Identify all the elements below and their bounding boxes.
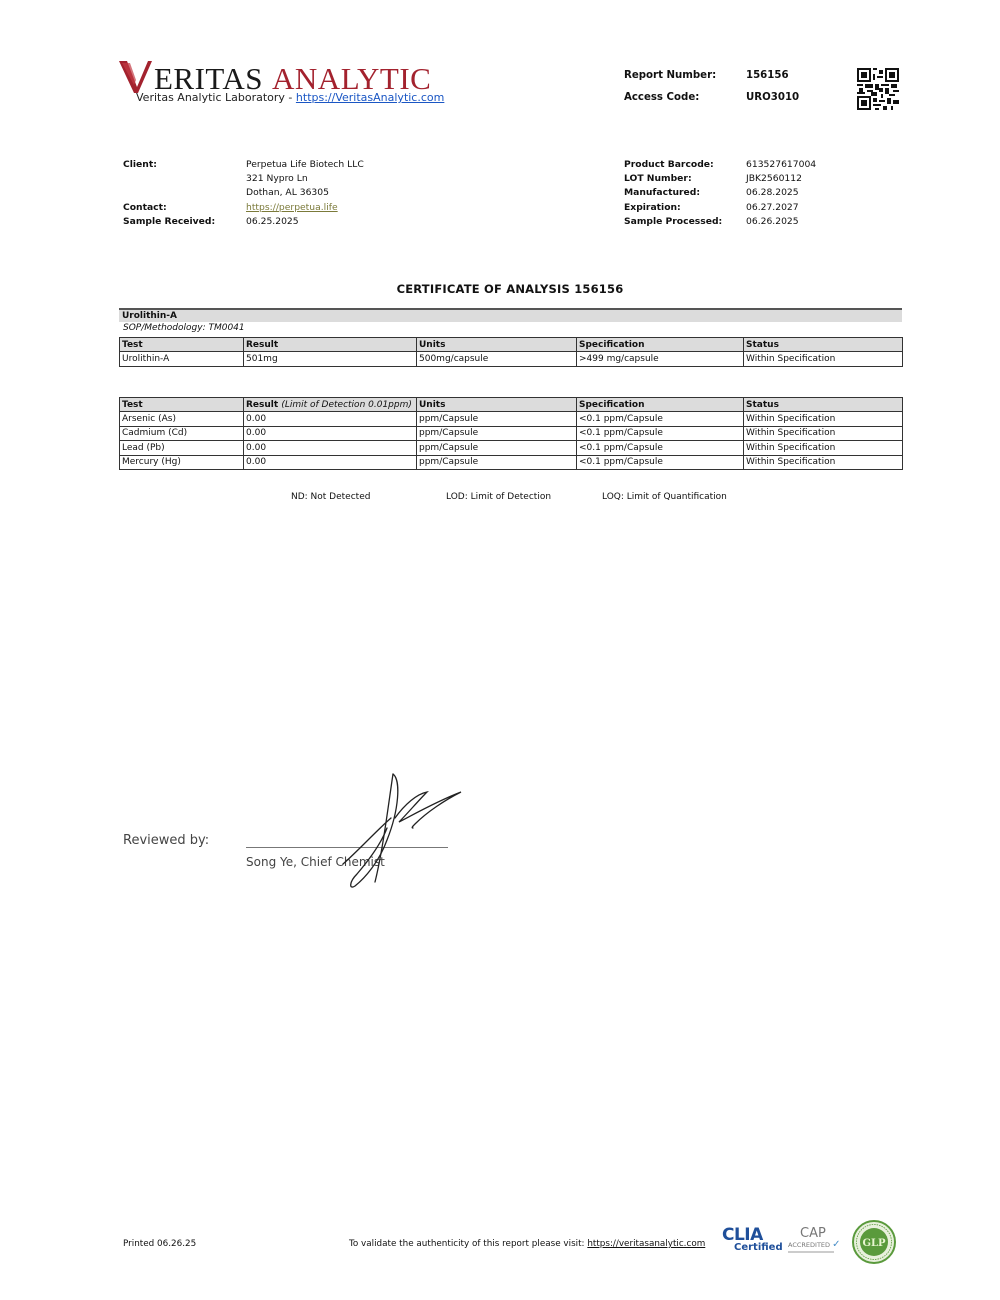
col-specification: Specification — [577, 398, 744, 412]
test-specification: <0.1 ppm/Capsule — [577, 426, 744, 440]
col-status: Status — [744, 338, 903, 352]
lot-number: JBK2560112 — [746, 173, 802, 184]
potency-table: Test Result Units Specification Status U… — [119, 337, 903, 367]
sample-received-label: Sample Received: — [123, 216, 215, 227]
validation-text: To validate the authenticity of this rep… — [349, 1239, 587, 1249]
sop-methodology: SOP/Methodology: TM0041 — [123, 323, 245, 333]
test-specification: <0.1 ppm/Capsule — [577, 412, 744, 426]
test-units: ppm/Capsule — [417, 412, 577, 426]
table-row: Lead (Pb) 0.00 ppm/Capsule <0.1 ppm/Caps… — [120, 441, 903, 455]
test-status: Within Specification — [744, 441, 903, 455]
metals-header-row: Test Result (Limit of Detection 0.01ppm)… — [120, 398, 903, 412]
logo-wordmark: ERITASANALYTIC — [154, 63, 431, 94]
col-units: Units — [417, 398, 577, 412]
test-result: 0.00 — [244, 455, 417, 469]
report-number-label: Report Number: — [624, 70, 716, 81]
col-specification: Specification — [577, 338, 744, 352]
test-units: ppm/Capsule — [417, 455, 577, 469]
col-status: Status — [744, 398, 903, 412]
test-specification: >499 mg/capsule — [577, 352, 744, 366]
test-result: 0.00 — [244, 426, 417, 440]
veritas-v-logo-icon — [118, 58, 154, 94]
test-name: Mercury (Hg) — [120, 455, 244, 469]
product-barcode: 613527617004 — [746, 159, 816, 170]
test-name: Lead (Pb) — [120, 441, 244, 455]
svg-text:GLP: GLP — [862, 1238, 886, 1249]
validation-notice: To validate the authenticity of this rep… — [349, 1239, 705, 1249]
lab-tagline: Veritas Analytic Laboratory - https://Ve… — [136, 91, 444, 104]
table-row: Mercury (Hg) 0.00 ppm/Capsule <0.1 ppm/C… — [120, 455, 903, 469]
lot-number-label: LOT Number: — [624, 173, 692, 184]
contact-link[interactable]: https://perpetua.life — [246, 202, 338, 213]
table-row: Cadmium (Cd) 0.00 ppm/Capsule <0.1 ppm/C… — [120, 426, 903, 440]
access-code-label: Access Code: — [624, 92, 699, 103]
manufactured-label: Manufactured: — [624, 187, 700, 198]
lab-website-link[interactable]: https://VeritasAnalytic.com — [296, 91, 444, 104]
test-specification: <0.1 ppm/Capsule — [577, 455, 744, 469]
product-barcode-label: Product Barcode: — [624, 159, 714, 170]
qr-code-icon[interactable] — [857, 68, 899, 110]
reviewed-by-label: Reviewed by: — [123, 833, 209, 848]
test-units: ppm/Capsule — [417, 441, 577, 455]
test-status: Within Specification — [744, 352, 903, 366]
test-status: Within Specification — [744, 412, 903, 426]
legend-lod: LOD: Limit of Detection — [446, 492, 551, 502]
client-address-line2: Dothan, AL 36305 — [246, 187, 329, 198]
test-specification: <0.1 ppm/Capsule — [577, 441, 744, 455]
client-label: Client: — [123, 159, 157, 170]
access-code: URO3010 — [746, 92, 799, 103]
test-result: 0.00 — [244, 441, 417, 455]
signature-icon — [335, 770, 470, 895]
test-units: ppm/Capsule — [417, 426, 577, 440]
test-units: 500mg/capsule — [417, 352, 577, 366]
test-name: Urolithin-A — [120, 352, 244, 366]
client-name: Perpetua Life Biotech LLC — [246, 159, 364, 170]
veritas-logo: ERITASANALYTIC — [118, 56, 431, 94]
sample-received-date: 06.25.2025 — [246, 216, 299, 227]
manufactured-date: 06.28.2025 — [746, 187, 799, 198]
tagline-prefix: Veritas Analytic Laboratory - — [136, 91, 296, 104]
test-result: 0.00 — [244, 412, 417, 426]
printed-date: Printed 06.26.25 — [123, 1239, 196, 1249]
test-status: Within Specification — [744, 426, 903, 440]
cap-accredited-badge-icon: CAP ACCREDITED ✓ — [788, 1227, 841, 1253]
validation-link[interactable]: https://veritasanalytic.com — [587, 1239, 705, 1249]
table-row: Arsenic (As) 0.00 ppm/Capsule <0.1 ppm/C… — [120, 412, 903, 426]
contact-label: Contact: — [123, 202, 167, 213]
sample-processed-date: 06.26.2025 — [746, 216, 799, 227]
clia-certified-badge-icon: CLIA Certified — [722, 1227, 783, 1253]
heavy-metals-table: Test Result (Limit of Detection 0.01ppm)… — [119, 397, 903, 470]
potency-header-row: Test Result Units Specification Status — [120, 338, 903, 352]
test-status: Within Specification — [744, 455, 903, 469]
legend-loq: LOQ: Limit of Quantification — [602, 492, 727, 502]
test-name: Arsenic (As) — [120, 412, 244, 426]
glp-seal-badge-icon: GLP — [852, 1220, 896, 1264]
col-units: Units — [417, 338, 577, 352]
clia-text: CLIA — [722, 1227, 783, 1243]
accreditation-badges: CLIA Certified CAP ACCREDITED ✓ GLP — [720, 1220, 900, 1265]
certificate-title: CERTIFICATE OF ANALYSIS 156156 — [0, 282, 1000, 296]
expiration-label: Expiration: — [624, 202, 681, 213]
col-result-label: Result — [246, 400, 278, 410]
expiration-date: 06.27.2027 — [746, 202, 799, 213]
cap-accredited-text: ACCREDITED ✓ — [788, 1241, 841, 1249]
col-test: Test — [120, 338, 244, 352]
potency-section-header: Urolithin-A — [119, 308, 902, 322]
col-result: Result (Limit of Detection 0.01ppm) — [244, 398, 417, 412]
test-result: 501mg — [244, 352, 417, 366]
legend-nd: ND: Not Detected — [291, 492, 370, 502]
client-address-line1: 321 Nypro Ln — [246, 173, 308, 184]
lod-note: (Limit of Detection 0.01ppm) — [281, 400, 412, 410]
col-test: Test — [120, 398, 244, 412]
sample-processed-label: Sample Processed: — [624, 216, 722, 227]
report-number: 156156 — [746, 70, 789, 81]
table-row: Urolithin-A 501mg 500mg/capsule >499 mg/… — [120, 352, 903, 366]
clia-certified-text: Certified — [734, 1243, 783, 1253]
col-result: Result — [244, 338, 417, 352]
test-name: Cadmium (Cd) — [120, 426, 244, 440]
